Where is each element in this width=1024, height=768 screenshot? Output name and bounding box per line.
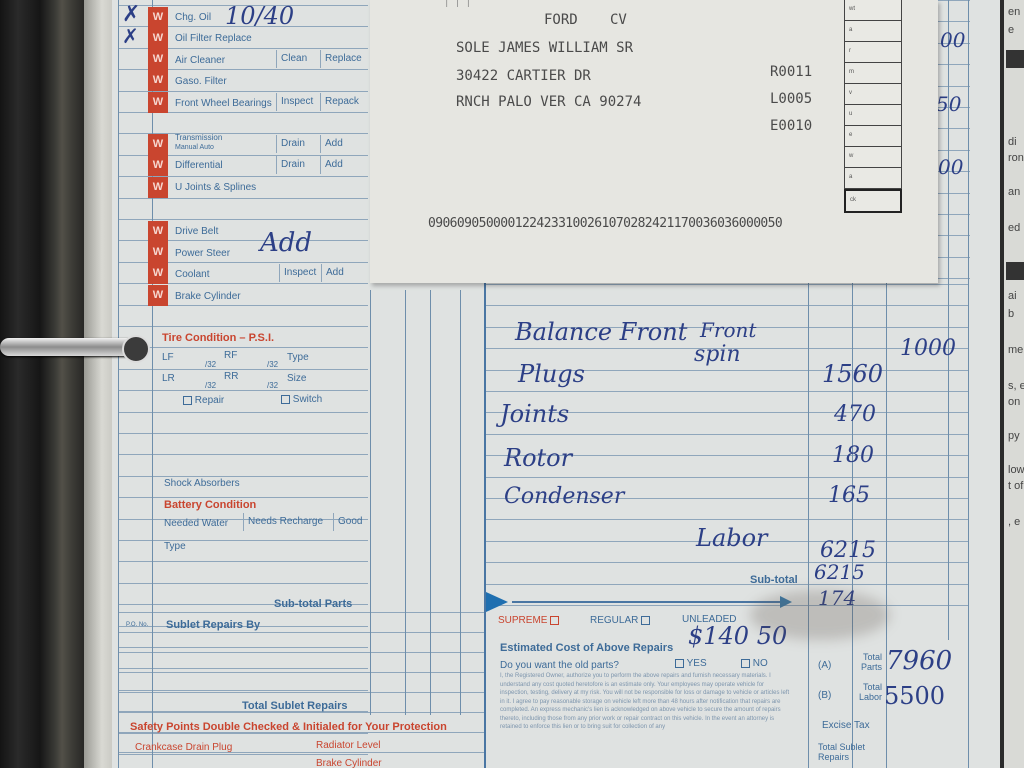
form-rule bbox=[118, 497, 368, 498]
form-rule bbox=[484, 280, 486, 768]
safety-item: Crankcase Drain Plug bbox=[135, 742, 232, 753]
page-fragment: me bbox=[1008, 344, 1023, 356]
unit-label: /32 bbox=[205, 381, 216, 390]
checklist-item-label: Power Steer bbox=[175, 248, 230, 259]
plastic-sleeve-edge bbox=[84, 0, 114, 768]
form-rule bbox=[118, 540, 368, 541]
smudge bbox=[750, 590, 890, 640]
repair-line-amount: 470 bbox=[834, 402, 876, 427]
arrow-icon bbox=[486, 592, 508, 612]
checklist-item-label: Brake Cylinder bbox=[175, 291, 241, 302]
checklist-item-label: Coolant bbox=[175, 269, 209, 280]
customer-address: 30422 CARTIER DR bbox=[456, 68, 591, 84]
barcode-number: 0906090500001224233100261070282421170036… bbox=[428, 216, 782, 231]
tire-rr-label: RR bbox=[224, 371, 238, 382]
repair-line-note: Front bbox=[700, 318, 756, 342]
code-l: L0005 bbox=[770, 91, 812, 107]
w-marker: W bbox=[148, 49, 168, 70]
supreme-checkbox[interactable] bbox=[550, 616, 559, 625]
option-cell: Add bbox=[321, 264, 344, 282]
tire-size-label: Size bbox=[287, 373, 306, 384]
checklist-item-label: U Joints & Splines bbox=[175, 182, 256, 193]
form-rule bbox=[118, 390, 368, 391]
form-rule bbox=[484, 284, 968, 285]
option-cell: Add bbox=[320, 156, 343, 174]
subtotal-parts-label: Sub-total Parts bbox=[274, 598, 352, 610]
total-labor-label: Total Labor bbox=[852, 682, 882, 702]
tire-lr-label: LR bbox=[162, 373, 175, 384]
yes-label: YES bbox=[687, 658, 707, 669]
cents-amount: 00 bbox=[938, 155, 963, 179]
form-rule bbox=[118, 347, 368, 348]
form-rule bbox=[484, 584, 968, 585]
tire-condition-title: Tire Condition – P.S.I. bbox=[162, 332, 274, 344]
fuel-supreme: SUPREME bbox=[498, 615, 559, 626]
safety-item: Brake Cylinder bbox=[316, 758, 382, 768]
form-rule bbox=[118, 754, 368, 755]
total-parts-label: Total Parts bbox=[852, 652, 882, 672]
form-rule bbox=[118, 647, 368, 648]
page-fragment: on bbox=[1008, 396, 1020, 408]
arrow-line bbox=[512, 601, 780, 603]
repair-line-amount: 1560 bbox=[822, 360, 883, 388]
option-cell: Inspect bbox=[279, 264, 316, 282]
form-rule bbox=[484, 605, 968, 606]
page-fragment: low bbox=[1008, 464, 1024, 476]
dark-bar bbox=[1006, 50, 1024, 68]
page-fragment: e bbox=[1008, 24, 1014, 36]
fuel-label: REGULAR bbox=[590, 615, 638, 626]
po-number-label: P.O. No. bbox=[126, 622, 148, 628]
form-rule bbox=[936, 278, 970, 279]
form-rule bbox=[118, 583, 368, 584]
page-fragment: b bbox=[1008, 308, 1014, 320]
w-marker: W bbox=[148, 155, 168, 176]
total-parts-value: 7960 bbox=[886, 646, 952, 676]
form-rule bbox=[118, 412, 368, 413]
w-marker: W bbox=[148, 242, 168, 263]
form-rule bbox=[484, 519, 968, 520]
binder-spine bbox=[0, 0, 90, 768]
form-rule bbox=[936, 21, 970, 22]
w-marker: W bbox=[148, 28, 168, 49]
repair-line-description: Labor bbox=[696, 524, 768, 552]
option-cell: Clean bbox=[276, 50, 307, 68]
w-marker: W bbox=[148, 263, 168, 284]
repair-line-description: Condenser bbox=[504, 484, 624, 509]
w-marker: W bbox=[148, 177, 168, 198]
tire-lf-label: LF bbox=[162, 352, 174, 363]
switch-checkbox[interactable] bbox=[281, 395, 290, 404]
fuel-label: SUPREME bbox=[498, 615, 547, 626]
battery-option: Needs Recharge bbox=[243, 513, 323, 531]
repair-line-description: Rotor bbox=[504, 444, 572, 472]
authorization-fine-print: I, the Registered Owner, authorize you t… bbox=[500, 672, 792, 732]
repair-option-label: Repair bbox=[195, 395, 224, 406]
w-marker: W bbox=[148, 134, 168, 155]
estimate-label: Estimated Cost of Above Repairs bbox=[500, 642, 673, 654]
w-marker: W bbox=[148, 92, 168, 113]
checklist-item-label: Transmission bbox=[175, 133, 222, 142]
adjacent-page: en e di ron an ed ai b me s, e on py low… bbox=[1000, 0, 1024, 768]
form-rule bbox=[484, 434, 968, 435]
repair-line-amount: 1000 bbox=[900, 336, 956, 361]
form-rule bbox=[936, 86, 970, 87]
form-rule bbox=[118, 326, 368, 327]
checklist-item-label: Oil Filter Replace bbox=[175, 33, 252, 44]
form-rule bbox=[484, 477, 968, 478]
repair-line-description: Balance Front bbox=[515, 318, 687, 346]
form-rule bbox=[430, 290, 431, 715]
form-rule bbox=[936, 193, 970, 194]
unit-label: /32 bbox=[267, 360, 278, 369]
card-header-fields: | | | bbox=[444, 0, 471, 8]
code-r: R0011 bbox=[770, 64, 812, 80]
safety-item: Radiator Level bbox=[316, 740, 380, 751]
form-rule bbox=[484, 305, 968, 306]
regular-checkbox[interactable] bbox=[641, 616, 650, 625]
sublet-repairs-label: Sublet Repairs By bbox=[166, 619, 260, 631]
old-parts-question: Do you want the old parts? bbox=[500, 660, 619, 671]
page-fragment: en bbox=[1008, 6, 1020, 18]
yes-checkbox[interactable] bbox=[675, 659, 684, 668]
page-fragment: , e bbox=[1008, 516, 1020, 528]
handwritten-oil-grade: 10/40 bbox=[225, 2, 294, 30]
form-rule bbox=[405, 290, 406, 715]
page-fragment: an bbox=[1008, 186, 1020, 198]
form-rule bbox=[936, 235, 970, 236]
page-fragment: t of bbox=[1008, 480, 1023, 492]
form-rule bbox=[118, 219, 368, 220]
shock-absorbers-label: Shock Absorbers bbox=[164, 478, 240, 489]
handwritten-note: Add bbox=[260, 228, 312, 258]
checklist-item-label: Differential bbox=[175, 160, 223, 171]
checklist-item-label: Drive Belt bbox=[175, 226, 218, 237]
dark-bar bbox=[1006, 262, 1024, 280]
form-rule bbox=[936, 0, 970, 1]
form-rule bbox=[118, 454, 368, 455]
battery-type-label: Type bbox=[164, 541, 186, 552]
form-rule bbox=[936, 150, 970, 151]
customer-info-card: | | | FORD CV SOLE JAMES WILLIAM SR 3042… bbox=[370, 0, 938, 283]
w-marker: W bbox=[148, 7, 168, 28]
form-rule bbox=[460, 290, 461, 715]
option-cell: Repack bbox=[320, 93, 359, 111]
option-cell: Drain bbox=[276, 156, 305, 174]
option-cell: Drain bbox=[276, 135, 305, 153]
form-rule bbox=[118, 198, 368, 199]
option-cell: Replace bbox=[320, 50, 362, 68]
battery-option: Good bbox=[333, 513, 362, 531]
form-rule bbox=[118, 476, 368, 477]
binder-ring bbox=[0, 338, 140, 356]
cents-amount: 00 bbox=[940, 28, 965, 52]
vehicle-make: FORD bbox=[544, 12, 578, 28]
repair-line-amount: 165 bbox=[828, 483, 870, 508]
check-mark-icon: ✗ bbox=[122, 24, 139, 48]
form-rule bbox=[936, 214, 970, 215]
checklist-item-label: Gaso. Filter bbox=[175, 76, 227, 87]
checklist-item-label: Front Wheel Bearings bbox=[175, 98, 272, 109]
vehicle-model: CV bbox=[610, 12, 627, 28]
form-rule bbox=[936, 128, 970, 129]
w-marker: W bbox=[148, 70, 168, 91]
form-rule bbox=[936, 64, 970, 65]
safety-points-title: Safety Points Double Checked & Initialed… bbox=[130, 721, 447, 733]
checklist-item-label: Chg. Oil bbox=[175, 12, 211, 23]
total-sublet-repairs-label: Total Sublet Repairs bbox=[242, 700, 348, 712]
cents-amount: 50 bbox=[936, 92, 961, 116]
page-fragment: s, e bbox=[1008, 380, 1024, 392]
repair-line-description: Joints bbox=[500, 400, 569, 428]
repair-line-note: spin bbox=[694, 342, 741, 367]
punch-hole bbox=[122, 335, 150, 363]
form-rule bbox=[370, 290, 371, 715]
checklist-item-label: Air Cleaner bbox=[175, 55, 225, 66]
switch-option-label: Switch bbox=[293, 394, 322, 405]
code-boxes: wtarmvuewack bbox=[844, 0, 902, 213]
tire-type-label: Type bbox=[287, 352, 309, 363]
page-fragment: py bbox=[1008, 430, 1020, 442]
option-cell: Inspect bbox=[276, 93, 313, 111]
form-rule bbox=[484, 562, 968, 563]
no-label: NO bbox=[753, 658, 768, 669]
tire-rf-label: RF bbox=[224, 350, 237, 361]
repair-checkbox[interactable] bbox=[183, 396, 192, 405]
no-checkbox[interactable] bbox=[741, 659, 750, 668]
page-fragment: di bbox=[1008, 136, 1017, 148]
form-rule bbox=[484, 391, 968, 392]
customer-city: RNCH PALO VER CA 90274 bbox=[456, 94, 641, 110]
page-fragment: ed bbox=[1008, 222, 1020, 234]
subtotal-label: Sub-total bbox=[750, 574, 798, 586]
total-code: (A) bbox=[818, 660, 831, 671]
unit-label: /32 bbox=[205, 360, 216, 369]
form-rule bbox=[118, 433, 368, 434]
subtotal-value: 6215 bbox=[814, 560, 865, 584]
repair-line-description: Plugs bbox=[518, 360, 585, 388]
page-fragment: ron bbox=[1008, 152, 1024, 164]
code-e: E0010 bbox=[770, 118, 812, 134]
total-code: (B) bbox=[818, 690, 831, 701]
form-rule bbox=[118, 561, 368, 562]
battery-condition-title: Battery Condition bbox=[164, 499, 256, 511]
form-rule bbox=[118, 668, 368, 669]
w-marker: W bbox=[148, 221, 168, 242]
customer-name: SOLE JAMES WILLIAM SR bbox=[456, 40, 633, 56]
checklist-sub-label: Manual Auto bbox=[175, 144, 214, 151]
form-rule bbox=[118, 733, 368, 734]
option-cell: Add bbox=[320, 135, 343, 153]
form-rule bbox=[152, 0, 153, 768]
total-sublet-label: Total Sublet Repairs bbox=[818, 742, 880, 762]
w-marker: W bbox=[148, 285, 168, 306]
page-fragment: ai bbox=[1008, 290, 1017, 302]
form-rule bbox=[118, 690, 368, 691]
form-rule bbox=[936, 257, 970, 258]
battery-option: Needed Water bbox=[164, 518, 228, 529]
form-rule bbox=[968, 0, 969, 768]
unit-label: /32 bbox=[267, 381, 278, 390]
fuel-regular: REGULAR bbox=[590, 615, 650, 626]
repair-line-amount: 180 bbox=[832, 443, 874, 468]
form-rule bbox=[118, 0, 119, 768]
total-labor-value: 5500 bbox=[884, 682, 945, 710]
form-rule bbox=[118, 369, 368, 370]
excise-tax-label: Excise Tax bbox=[822, 720, 870, 731]
